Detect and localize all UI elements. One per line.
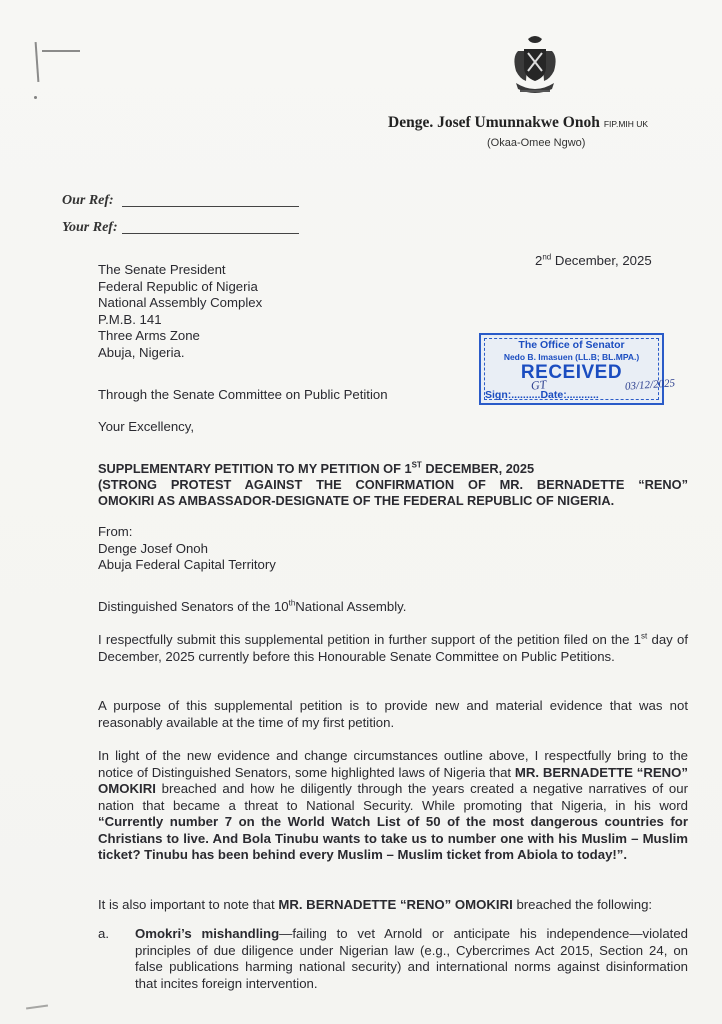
address-line: Abuja, Nigeria.	[98, 345, 262, 362]
date-suffix: nd	[542, 253, 551, 262]
p3-text-2: breached and how he diligently through t…	[98, 781, 688, 813]
subject-sup: ST	[412, 461, 422, 470]
sender-credentials: FIP.MIH UK	[604, 119, 648, 129]
margin-mark	[26, 1004, 48, 1009]
paragraph-4: It is also important to note that MR. BE…	[98, 897, 688, 914]
margin-mark	[35, 42, 40, 82]
greeting: Distinguished Senators of the 10thNation…	[98, 599, 406, 616]
list-item-title: Omokri’s mishandling	[135, 926, 279, 941]
subject-line-2: (STRONG PROTEST AGAINST THE CONFIRMATION…	[98, 477, 688, 493]
address-line: P.M.B. 141	[98, 312, 262, 329]
subject-heading: SUPPLEMENTARY PETITION TO MY PETITION OF…	[98, 461, 688, 509]
coat-of-arms-icon	[510, 33, 560, 101]
p3-quote-bold: “Currently number 7 on the World Watch L…	[98, 814, 688, 862]
date-rest: December, 2025	[551, 253, 651, 268]
p4-name-bold: MR. BERNADETTE “RENO” OMOKIRI	[278, 897, 512, 912]
from-location: Abuja Federal Capital Territory	[98, 557, 276, 574]
subject-line-3: OMOKIRI AS AMBASSADOR-DESIGNATE OF THE F…	[98, 493, 688, 509]
your-ref-label: Your Ref:	[62, 220, 118, 236]
our-ref-line	[122, 206, 299, 207]
subject-line-1-end: DECEMBER, 2025	[422, 461, 534, 476]
from-label: From:	[98, 524, 276, 541]
your-ref-line	[122, 233, 299, 234]
p1-text: I respectfully submit this supplemental …	[98, 632, 641, 647]
our-ref-label: Our Ref:	[62, 193, 114, 209]
stamp-senator: Nedo B. Imasuen (LL.B; BL.MPA.)	[481, 352, 662, 362]
p4-text: It is also important to note that	[98, 897, 278, 912]
stamp-office: The Office of Senator	[481, 339, 662, 351]
through-committee: Through the Senate Committee on Public P…	[98, 387, 388, 404]
address-line: The Senate President	[98, 262, 262, 279]
handwritten-date: 03/12/2025	[625, 377, 676, 392]
list-item-label: a.	[98, 926, 109, 943]
from-name: Denge Josef Onoh	[98, 541, 276, 558]
list-item: Omokri’s mishandling—failing to vet Arno…	[135, 926, 688, 992]
sender-alias: (Okaa-Omee Ngwo)	[487, 137, 585, 149]
sender-name: Denge. Josef Umunnakwe OnohFIP.MIH UK	[388, 114, 648, 132]
p4-text-end: breached the following:	[513, 897, 652, 912]
addressee-block: The Senate President Federal Republic of…	[98, 262, 262, 361]
subject-line-1: SUPPLEMENTARY PETITION TO MY PETITION OF…	[98, 461, 412, 476]
address-line: National Assembly Complex	[98, 295, 262, 312]
salutation: Your Excellency,	[98, 419, 194, 436]
stamp-sign-label: Sign:	[485, 389, 511, 401]
paragraph-2: A purpose of this supplemental petition …	[98, 698, 688, 731]
letter-page: Denge. Josef Umunnakwe OnohFIP.MIH UK (O…	[0, 0, 722, 1024]
greeting-text-end: National Assembly.	[295, 599, 406, 614]
letter-date: 2nd December, 2025	[535, 253, 652, 270]
from-block: From: Denge Josef Onoh Abuja Federal Cap…	[98, 524, 276, 574]
address-line: Federal Republic of Nigeria	[98, 279, 262, 296]
margin-mark	[42, 50, 80, 52]
sender-name-text: Denge. Josef Umunnakwe Onoh	[388, 114, 600, 131]
greeting-text: Distinguished Senators of the 10	[98, 599, 289, 614]
address-line: Three Arms Zone	[98, 328, 262, 345]
received-stamp: The Office of Senator Nedo B. Imasuen (L…	[479, 333, 664, 405]
paragraph-1: I respectfully submit this supplemental …	[98, 632, 688, 665]
handwritten-signature: GT	[530, 377, 547, 394]
margin-dot	[34, 96, 37, 99]
paragraph-3: In light of the new evidence and change …	[98, 748, 688, 864]
